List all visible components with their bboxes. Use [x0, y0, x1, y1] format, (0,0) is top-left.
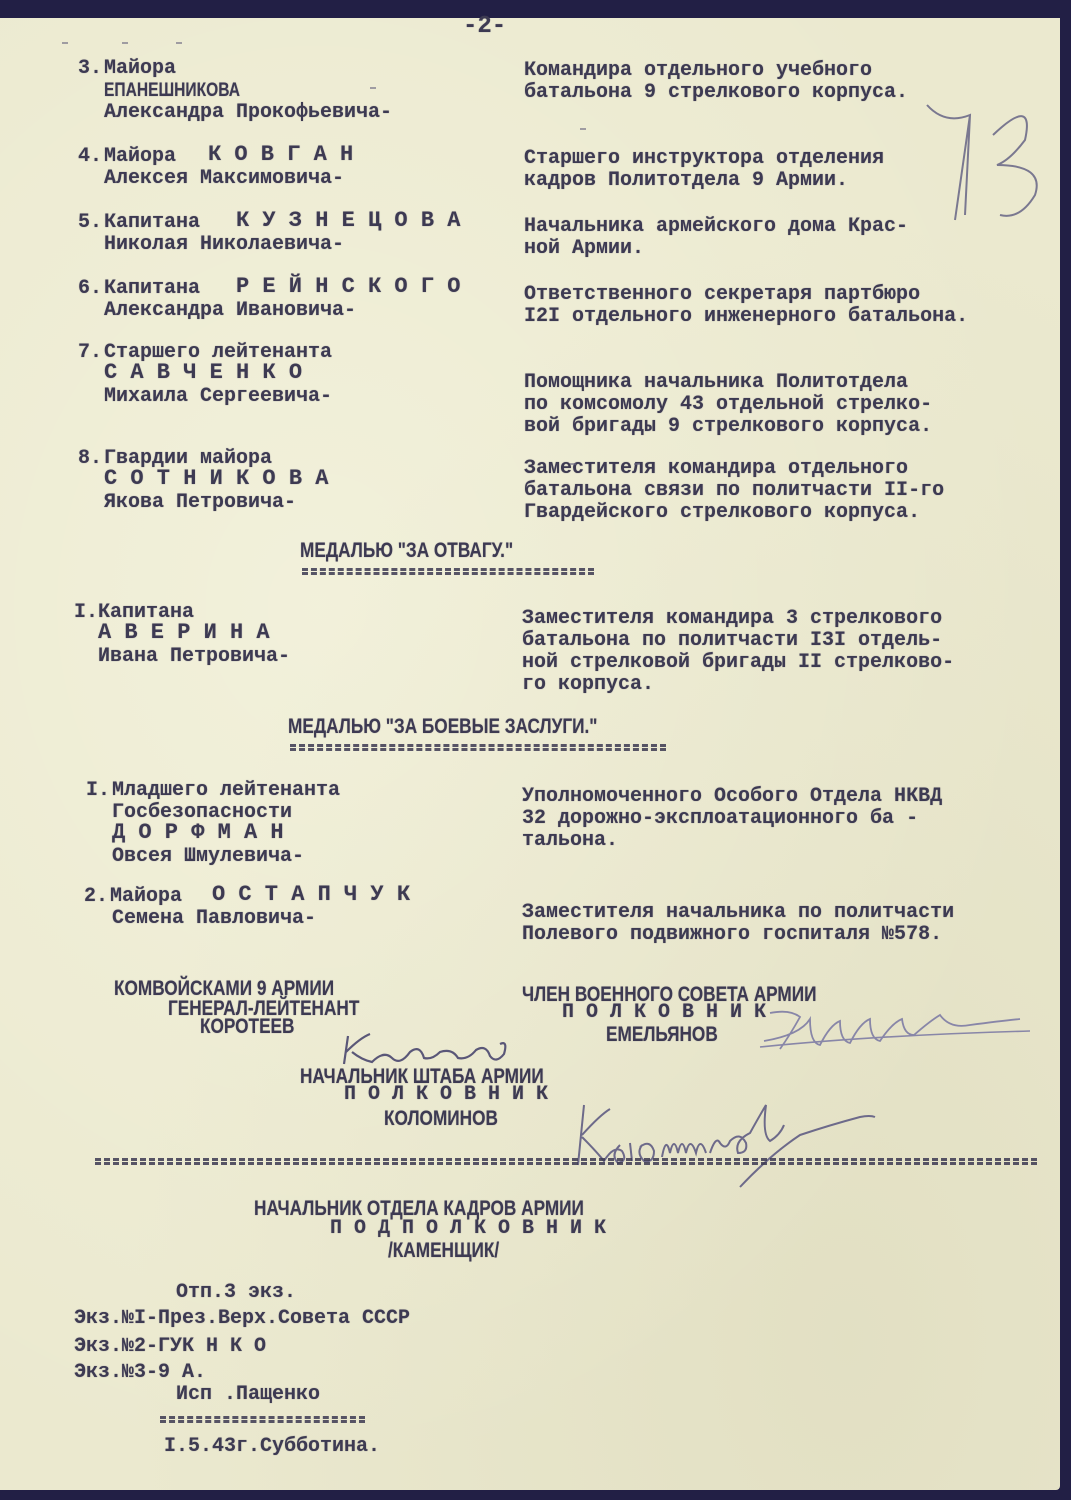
handwritten-page-mark	[925, 95, 1045, 225]
entry-surname: С О Т Н И К О В А	[104, 468, 328, 490]
distribution-line: Экз.№I-През.Верх.Совета СССР	[74, 1308, 410, 1330]
entry-position-line: Помощника начальника Политотдела	[524, 372, 908, 394]
chief-of-staff-rank: П О Л К О В Н И К	[344, 1084, 548, 1106]
entry-position-line: 32 дорожно-эксплоатационного ба -	[522, 808, 918, 830]
entry-rank: Майора	[110, 886, 182, 908]
entry-rank: Капитана	[104, 212, 200, 234]
entry-number: 2.	[84, 886, 108, 908]
personnel-chief-name: /КАМЕНЩИК/	[388, 1240, 499, 1262]
entry-number: I.	[86, 780, 110, 802]
distribution-line: Экз.№2-ГУК Н К О	[74, 1336, 266, 1358]
entry-position-line: ной стрелковой бригады II стрелково-	[522, 652, 954, 674]
entry-position-line: Командира отдельного учебного	[524, 60, 872, 82]
entry-position-line: Полевого подвижного госпиталя №578.	[522, 924, 942, 946]
stray-mark	[370, 87, 376, 89]
entry-number: 4.	[78, 146, 102, 168]
entry-given-name: Михаила Сергеевича-	[104, 386, 332, 408]
entry-surname: ЕПАНЕШНИКОВА	[104, 80, 240, 102]
executor: Исп .Пащенко	[176, 1384, 320, 1406]
commander-name: КОРОТЕЕВ	[200, 1016, 294, 1038]
entry-number: 6.	[78, 278, 102, 300]
entry-rank: Капитана	[104, 278, 200, 300]
section-heading-za-otvagu: МЕДАЛЬЮ "ЗА ОТВАГУ."	[300, 540, 513, 562]
entry-position-line: Начальника армейского дома Крас-	[524, 216, 908, 238]
stray-mark	[570, 463, 576, 465]
entry-surname: А В Е Р И Н А	[98, 622, 270, 644]
council-member-signature	[760, 1005, 1040, 1065]
entry-surname: К У З Н Е Ц О В А	[236, 210, 460, 232]
council-member-rank: П О Л К О В Н И К	[562, 1002, 766, 1024]
entry-position-line: го корпуса.	[522, 674, 654, 696]
entry-position-line: батальона по политчасти I3I отдель-	[522, 630, 942, 652]
entry-given-name: Николая Николаевича-	[104, 234, 344, 256]
entry-given-name: Овсея Шмулевича-	[112, 846, 304, 868]
entry-surname: С А В Ч Е Н К О	[104, 362, 302, 384]
chief-of-staff-name: КОЛОМИНОВ	[384, 1108, 498, 1130]
executor-underline	[160, 1416, 365, 1423]
entry-position-line: Уполномоченного Особого Отдела НКВД	[522, 786, 942, 808]
chief-of-staff-signature	[570, 1095, 900, 1185]
date-and-typist: I.5.43г.Субботина.	[164, 1436, 380, 1458]
entry-position-line: тальона.	[522, 830, 618, 852]
copies-count: Отп.3 экз.	[176, 1282, 296, 1304]
entry-number: 7.	[78, 342, 102, 364]
entry-position-line: по комсомолу 43 отдельной стрелко-	[524, 394, 932, 416]
entry-given-name: Александра Прокофьевича-	[104, 102, 392, 124]
entry-position-line: Заместителя начальника по политчасти	[522, 902, 954, 924]
commander-signature	[340, 1030, 520, 1070]
stray-mark	[634, 463, 640, 465]
stray-mark	[122, 42, 128, 44]
entry-surname: Р Е Й Н С К О Г О	[236, 276, 460, 298]
page-number: -2-	[463, 16, 506, 38]
entry-number: 8.	[78, 448, 102, 470]
entry-position-line: Заместителя командира отдельного	[524, 458, 908, 480]
entry-surname: Д О Р Ф М А Н	[112, 822, 284, 844]
signature-separator	[95, 1158, 1037, 1165]
entry-position-line: вой бригады 9 стрелкового корпуса.	[524, 416, 932, 438]
entry-number: 3.	[78, 58, 102, 80]
entry-given-name: Алексея Максимовича-	[104, 168, 344, 190]
entry-given-name: Якова Петровича-	[104, 492, 296, 514]
entry-given-name: Александра Ивановича-	[104, 300, 356, 322]
entry-surname: К О В Г А Н	[208, 144, 353, 166]
entry-surname: О С Т А П Ч У К	[212, 884, 410, 906]
entry-position-line: ной Армии.	[524, 238, 644, 260]
stray-mark	[580, 128, 586, 130]
entry-position-line: Ответственного секретаря партбюро	[524, 284, 920, 306]
entry-position-line: I2I отдельного инженерного батальона.	[524, 306, 968, 328]
entry-position-line: батальона связи по политчасти II-го	[524, 480, 944, 502]
entry-given-name: Семена Павловича-	[112, 908, 316, 930]
personnel-chief-rank: П О Д П О Л К О В Н И К	[330, 1218, 606, 1240]
council-member-name: ЕМЕЛЬЯНОВ	[606, 1024, 718, 1046]
section-heading-za-boevye-zaslugi: МЕДАЛЬЮ "ЗА БОЕВЫЕ ЗАСЛУГИ."	[288, 716, 597, 738]
entry-number: I.	[74, 602, 98, 624]
entry-given-name: Ивана Петровича-	[98, 646, 290, 668]
heading-underline	[290, 744, 666, 751]
heading-underline	[302, 568, 594, 575]
entry-position-line: батальона 9 стрелкового корпуса.	[524, 82, 908, 104]
entry-rank: Майора	[104, 146, 176, 168]
stray-mark	[176, 42, 182, 44]
entry-position-line: Гвардейского стрелкового корпуса.	[524, 502, 920, 524]
distribution-line: Экз.№3-9 А.	[74, 1362, 206, 1384]
entry-rank: Младшего лейтенанта	[112, 780, 340, 802]
entry-position-line: Заместителя командира 3 стрелкового	[522, 608, 942, 630]
entry-position-line: Старшего инструктора отделения	[524, 148, 884, 170]
entry-position-line: кадров Политотдела 9 Армии.	[524, 170, 848, 192]
entry-number: 5.	[78, 212, 102, 234]
stray-mark	[62, 42, 68, 44]
entry-rank: Майора	[104, 58, 176, 80]
